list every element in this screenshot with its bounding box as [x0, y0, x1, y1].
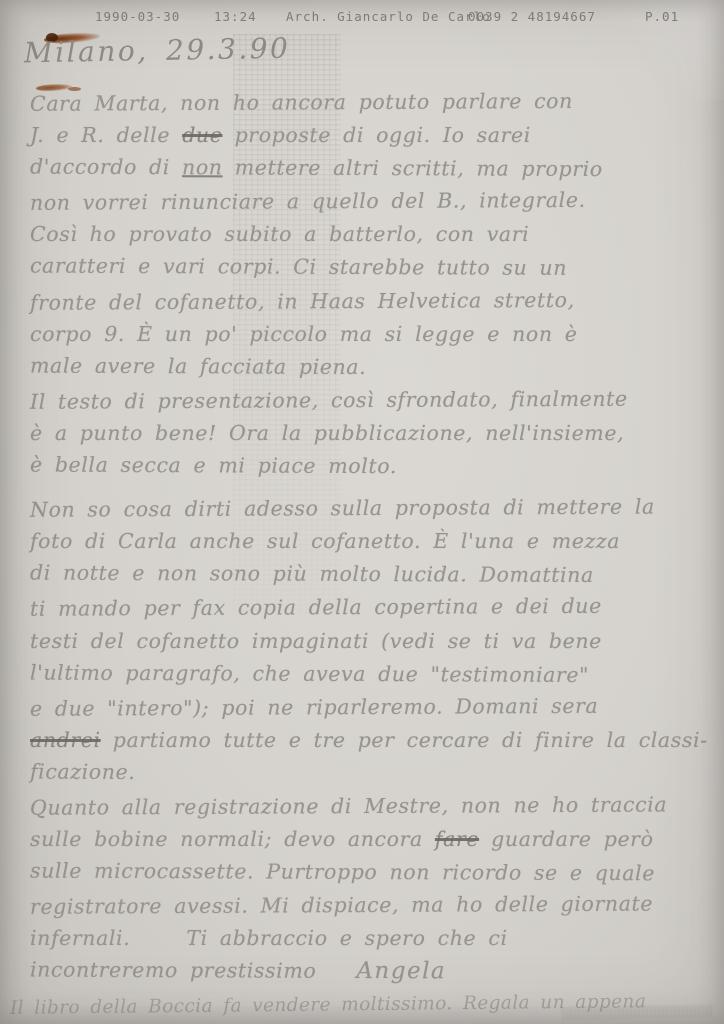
handwritten-line: testi del cofanetto impaginati (vedi se … [30, 625, 706, 658]
fax-page-number: P.01 [645, 9, 679, 24]
line-text: proposte di oggi. Io sarei [222, 123, 530, 147]
struck-word: andrei [30, 728, 101, 752]
struck-word: fare [435, 827, 479, 851]
underlined-word: non [182, 155, 223, 179]
line-text: guardare però [479, 827, 653, 851]
line-text: Ti abbraccio e spero che ci [186, 926, 507, 950]
letter-dateline: Milano, 29.3.90 [24, 32, 291, 70]
handwritten-line: Cara Marta, non ho ancora potuto parlare… [30, 84, 706, 121]
handwritten-line: non vorrei rinunciare a quello del B., i… [30, 184, 706, 221]
line-text: partiamo tutte e tre per cercare di fini… [101, 728, 708, 752]
handwritten-line: registratore avessi. Mi dispiace, ma ho … [30, 887, 706, 924]
handwritten-line: Così ho provato subito a batterlo, con v… [30, 218, 706, 251]
handwritten-line: ti mando per fax copia della copertina e… [30, 590, 706, 627]
handwritten-line: fronte del cofanetto, in Haas Helvetica … [30, 283, 706, 320]
handwritten-line: è a punto bene! Ora la pubblicazione, ne… [30, 417, 706, 450]
handwritten-line: Il testo di presentazione, così sfrondat… [30, 382, 706, 419]
handwritten-line: caratteri e vari corpi. Ci starebbe tutt… [30, 250, 706, 286]
handwritten-line: l'ultimo paragrafo, che aveva due "testi… [30, 656, 706, 692]
struck-word: due [182, 123, 222, 147]
fax-number: 0039 2 48194667 [468, 9, 596, 24]
handwritten-line: andrei partiamo tutte e tre per cercare … [30, 724, 706, 757]
line-text: incontreremo prestissimo [30, 958, 316, 983]
handwritten-line: ficazione. [30, 755, 706, 791]
handwritten-line: sulle microcassette. Purtroppo non ricor… [30, 855, 706, 891]
handwritten-line: Quanto alla registrazione di Mestre, non… [30, 788, 706, 825]
handwritten-line: corpo 9. È un po' piccolo ma si legge e … [30, 318, 706, 351]
scanned-fax-page: 1990-03-30 13:24 Arch. Giancarlo De Carl… [0, 0, 724, 1024]
handwritten-line: Non so cosa dirti adesso sulla proposta … [30, 490, 706, 527]
fax-date: 1990-03-30 [95, 9, 180, 24]
fax-time: 13:24 [214, 9, 257, 24]
line-text: J. e R. delle [30, 123, 182, 147]
handwritten-line: di notte e non sono più molto lucida. Do… [30, 557, 706, 593]
handwritten-line: male avere la facciata piena. [30, 349, 706, 385]
line-text: d'accordo di [30, 155, 182, 180]
line-text: infernali. [30, 926, 130, 950]
handwritten-line: sulle bobine normali; devo ancora fare g… [30, 823, 706, 856]
line-text: sulle bobine normali; devo ancora [30, 827, 435, 851]
letter-body: Cara Marta, non ho ancora potuto parlare… [30, 86, 706, 989]
fax-header: 1990-03-30 13:24 Arch. Giancarlo De Carl… [0, 9, 724, 29]
line-text: mettere altri scritti, ma proprio [223, 156, 603, 182]
handwritten-line: e due "intero"); poi ne riparleremo. Dom… [30, 689, 706, 726]
fax-sender-name: Arch. Giancarlo De Carlo [286, 9, 491, 24]
ink-smudge [562, 1005, 712, 1021]
handwritten-line: incontreremo prestissimoAngela [30, 954, 706, 990]
signature: Angela [356, 958, 446, 984]
handwritten-line: d'accordo di non mettere altri scritti, … [30, 151, 706, 187]
handwritten-line: J. e R. delle due proposte di oggi. Io s… [30, 119, 706, 152]
handwritten-line: infernali.Ti abbraccio e spero che ci [30, 922, 706, 955]
handwritten-line: è bella secca e mi piace molto. [30, 449, 706, 485]
handwritten-line: foto di Carla anche sul cofanetto. È l'u… [30, 525, 706, 558]
